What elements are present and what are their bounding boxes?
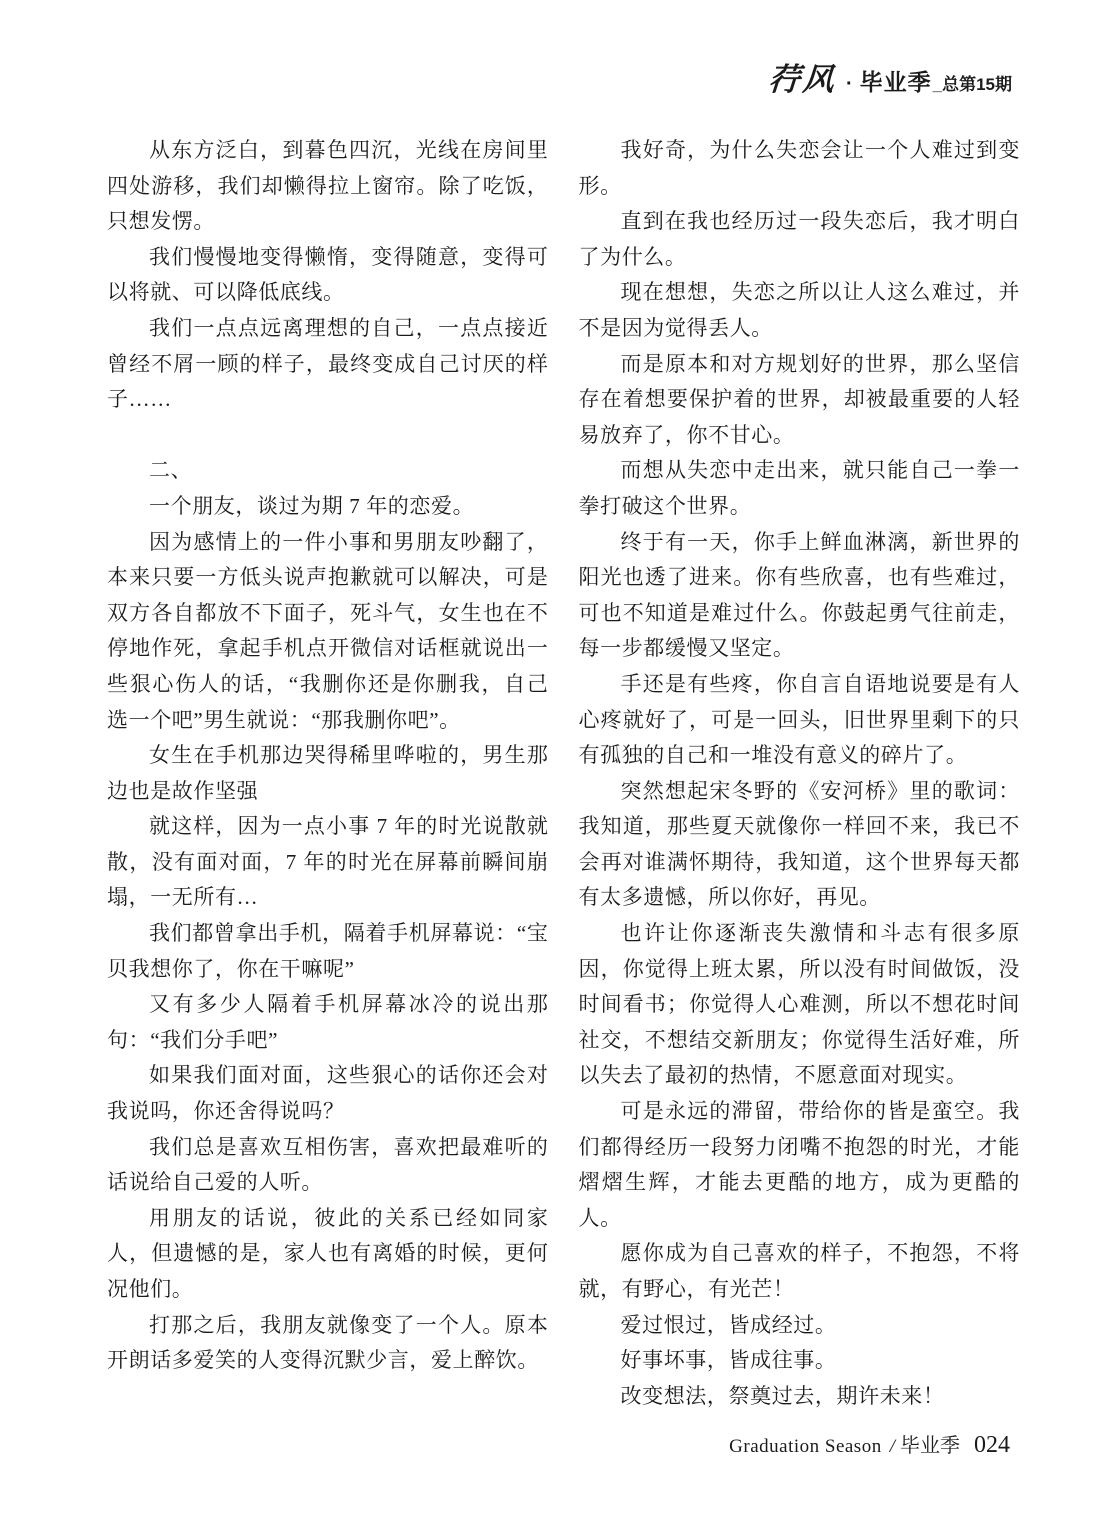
paragraph: 改变想法，祭奠过去，期许未来！ <box>579 1379 1021 1415</box>
right-column: 我好奇，为什么失恋会让一个人难过到变形。 直到在我也经历过一段失恋后，我才明白了… <box>579 133 1021 1414</box>
paragraph: 而是原本和对方规划好的世界，那么坚信存在着想要保护着的世界，却被最重要的人轻易放… <box>579 347 1021 454</box>
paragraph: 爱过恨过，皆成经过。 <box>579 1308 1021 1344</box>
paragraph: 愿你成为自己喜欢的样子，不抱怨，不将就，有野心，有光芒！ <box>579 1236 1021 1307</box>
footer-chinese-title: 毕业季 <box>900 1429 960 1458</box>
paragraph: 也许让你逐渐丧失激情和斗志有很多原因，你觉得上班太累，所以没有时间做饭，没时间看… <box>579 916 1021 1094</box>
paragraph: 又有多少人隔着手机屏幕冰冷的说出那句：“我们分手吧” <box>107 987 549 1058</box>
paragraph: 一个朋友，谈过为期 7 年的恋爱。 <box>107 489 549 525</box>
header-section-title: 毕业季 <box>860 64 932 97</box>
paragraph: 用朋友的话说，彼此的关系已经如同家人，但遗憾的是，家人也有离婚的时候，更何况他们… <box>107 1201 549 1308</box>
header-issue-number: _总第15期 <box>933 70 1012 95</box>
article-body: 从东方泛白，到暮色四沉，光线在房间里四处游移，我们却懒得拉上窗帘。除了吃饭，只想… <box>107 133 1020 1414</box>
paragraph: 终于有一天，你手上鲜血淋漓，新世界的阳光也透了进来。你有些欣喜，也有些难过，可也… <box>579 525 1021 667</box>
paragraph: 我们都曾拿出手机，隔着手机屏幕说：“宝贝我想你了，你在干嘛呢” <box>107 916 549 987</box>
paragraph: 我好奇，为什么失恋会让一个人难过到变形。 <box>579 133 1021 204</box>
magazine-logo: 荇风 <box>767 54 838 99</box>
paragraph: 突然想起宋冬野的《安河桥》里的歌词：我知道，那些夏天就像你一样回不来，我已不会再… <box>579 774 1021 916</box>
paragraph: 而想从失恋中走出来，就只能自己一拳一拳打破这个世界。 <box>579 453 1021 524</box>
footer-page-number: 024 <box>974 1432 1010 1459</box>
paragraph: 我们慢慢地变得懒惰，变得随意，变得可以将就、可以降低底线。 <box>107 240 549 311</box>
footer-english-title: Graduation Season <box>729 1436 882 1458</box>
paragraph: 因为感情上的一件小事和男朋友吵翻了，本来只要一方低头说声抱歉就可以解决，可是双方… <box>107 525 549 739</box>
footer-separator-slash: / <box>890 1436 895 1458</box>
paragraph: 就这样，因为一点小事 7 年的时光说散就散，没有面对面，7 年的时光在屏幕前瞬间… <box>107 809 549 916</box>
paragraph: 女生在手机那边哭得稀里哗啦的，男生那边也是故作坚强 <box>107 738 549 809</box>
section-heading: 二、 <box>107 453 549 489</box>
paragraph: 如果我们面对面，这些狠心的话你还会对我说吗，你还舍得说吗？ <box>107 1058 549 1129</box>
paragraph: 手还是有些疼，你自言自语地说要是有人心疼就好了，可是一回头，旧世界里剩下的只有孤… <box>579 667 1021 774</box>
page-footer: Graduation Season / 毕业季 024 <box>729 1429 1010 1459</box>
paragraph: 好事坏事，皆成往事。 <box>579 1343 1021 1379</box>
paragraph: 从东方泛白，到暮色四沉，光线在房间里四处游移，我们却懒得拉上窗帘。除了吃饭，只想… <box>107 133 549 240</box>
paragraph: 打那之后，我朋友就像变了一个人。原本开朗话多爱笑的人变得沉默少言，爱上醉饮。 <box>107 1308 549 1379</box>
header-separator-dot: · <box>846 73 853 96</box>
page-header: 荇风 · 毕业季 _总第15期 <box>769 54 1012 99</box>
paragraph: 现在想想，失恋之所以让人这么难过，并不是因为觉得丢人。 <box>579 275 1021 346</box>
paragraph: 我们一点点远离理想的自己，一点点接近曾经不屑一顾的样子，最终变成自己讨厌的样子…… <box>107 311 549 418</box>
paragraph: 可是永远的滞留，带给你的皆是蛮空。我们都得经历一段努力闭嘴不抱怨的时光，才能熠熠… <box>579 1094 1021 1236</box>
left-column: 从东方泛白，到暮色四沉，光线在房间里四处游移，我们却懒得拉上窗帘。除了吃饭，只想… <box>107 133 549 1414</box>
paragraph: 我们总是喜欢互相伤害，喜欢把最难听的话说给自己爱的人听。 <box>107 1130 549 1201</box>
paragraph: 直到在我也经历过一段失恋后，我才明白了为什么。 <box>579 204 1021 275</box>
